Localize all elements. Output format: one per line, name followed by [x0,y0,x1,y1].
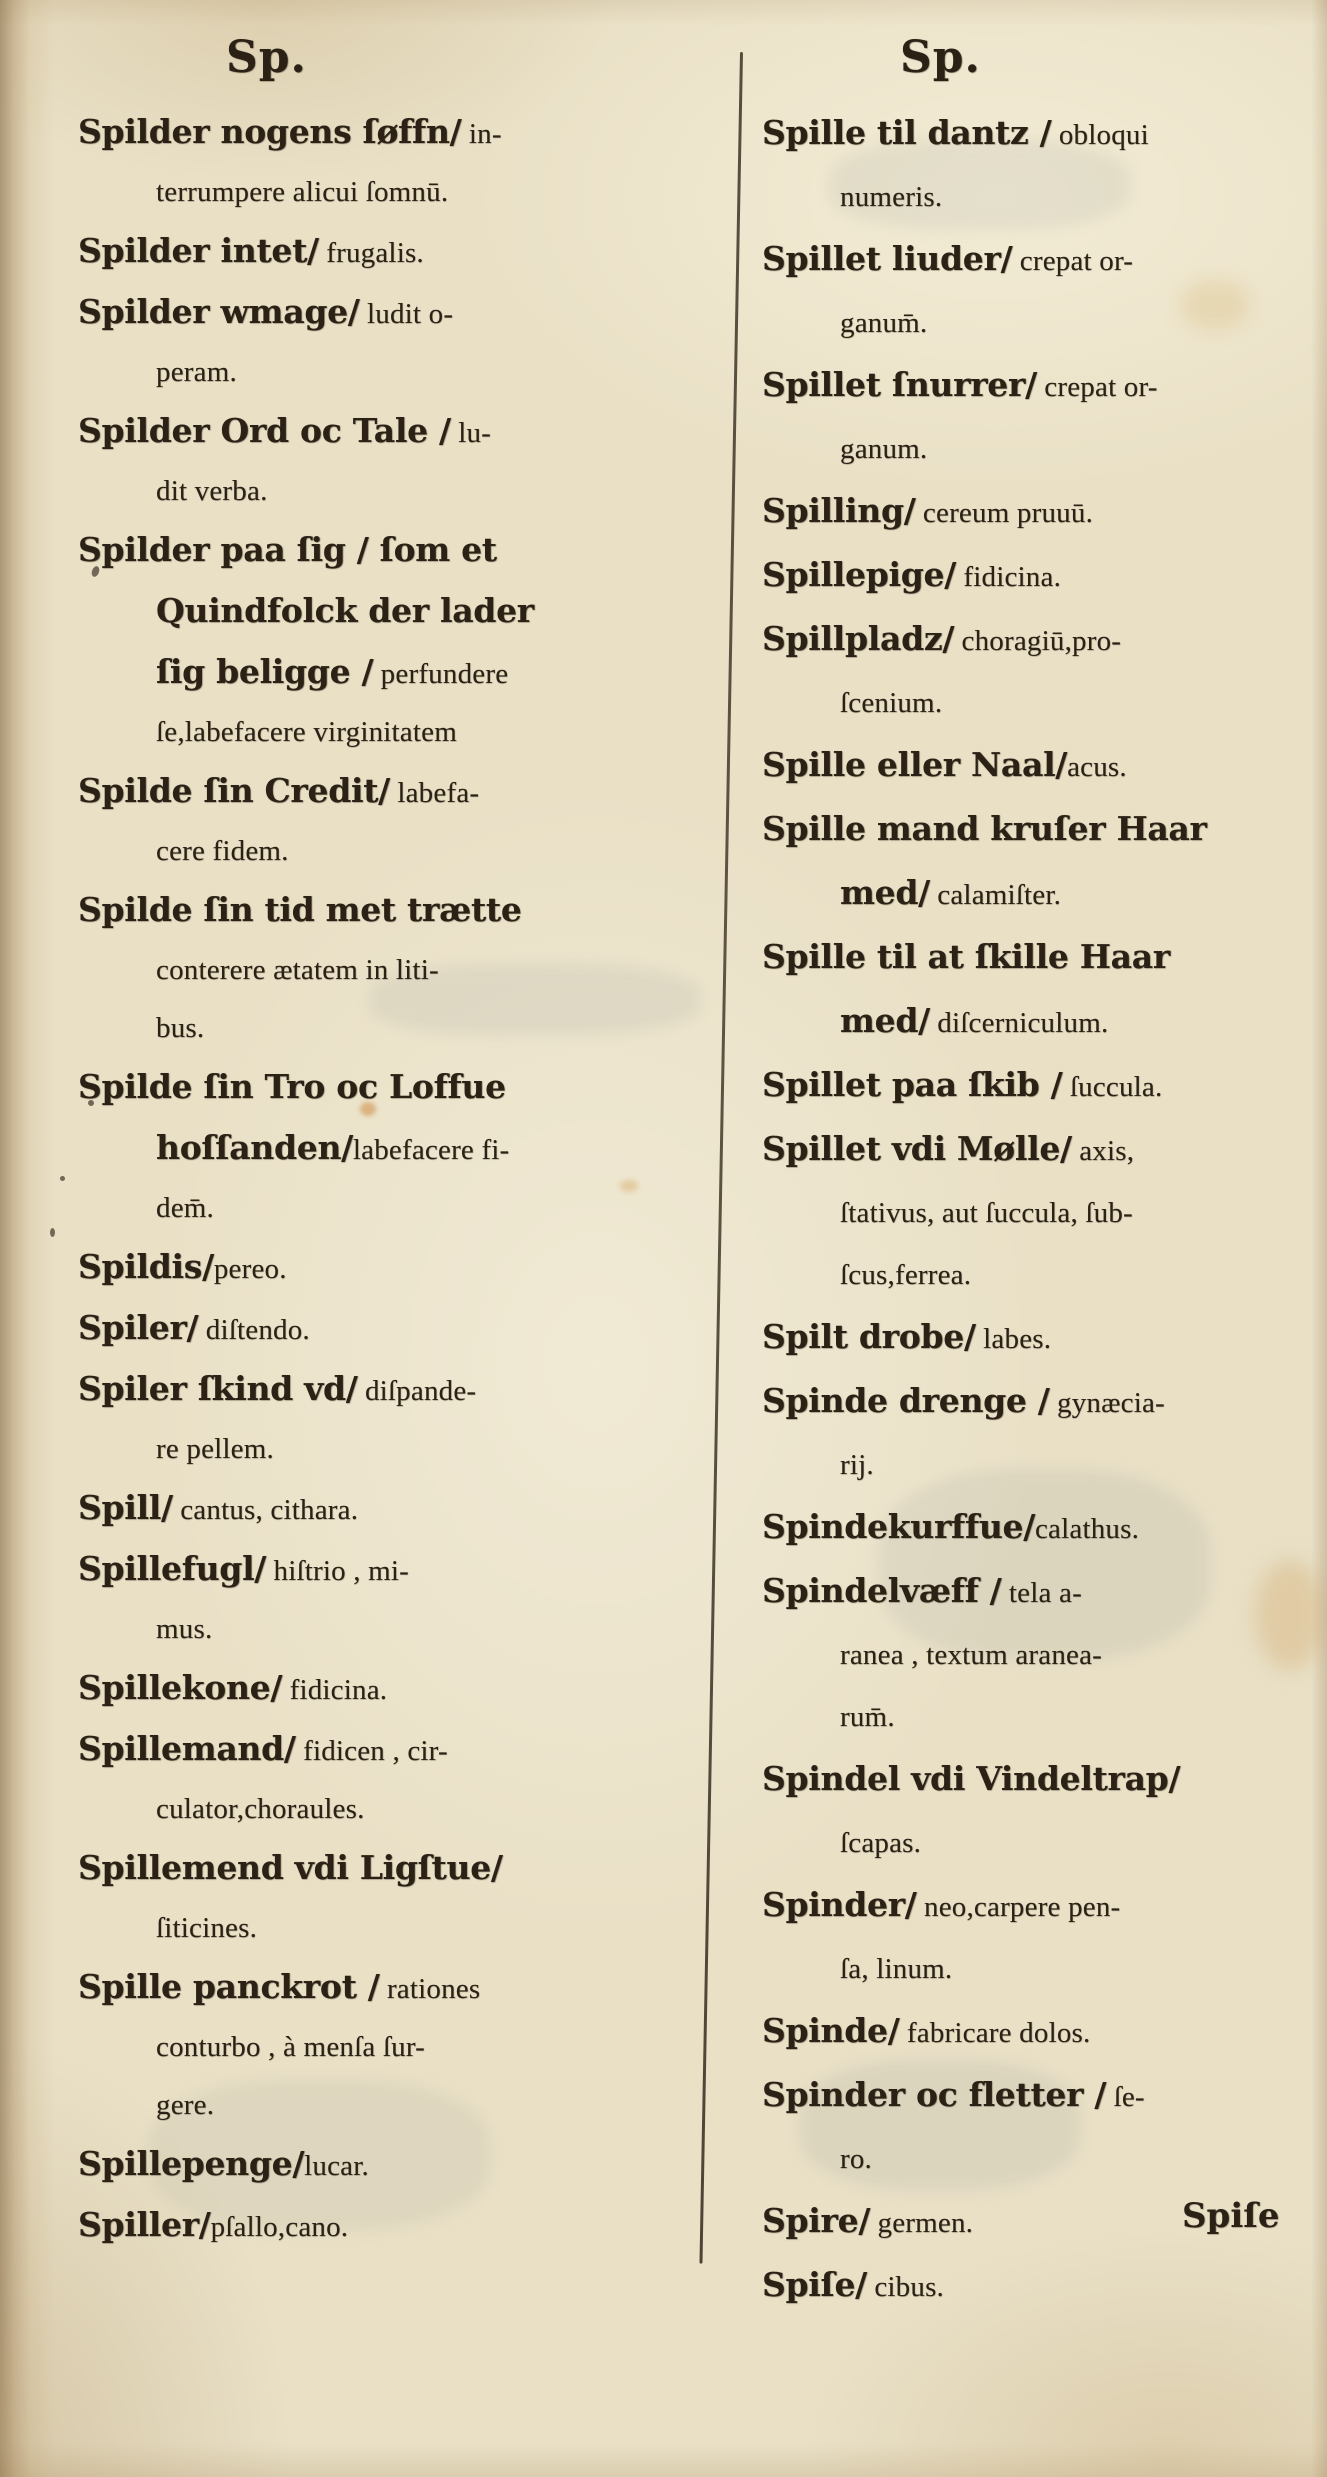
translation-roman: ſiticines. [156,1912,257,1944]
translation-roman: conturbo , à menſa ſur- [156,2031,425,2063]
right-column-entries: Spille til dantz / obloquinumeris.Spille… [762,104,1327,2320]
entry-line: Spille til dantz / obloqui [762,104,1327,168]
dictionary-entry: Spiler ſkind vd/ diſpande-re pellem. [78,1361,656,1480]
translation-roman: crepat or- [1012,245,1133,277]
headword-fraktur: Spiſe/ [762,2265,867,2304]
entry-line: Spill/ cantus, cithara. [78,1480,656,1541]
entry-line: ſtativus, aut ſuccula, ſub- [762,1184,1327,1246]
translation-roman: numeris. [840,181,942,213]
ink-speck [50,1228,55,1237]
translation-roman: labefa- [390,777,479,809]
dictionary-entry: Spillet paa ſkib / ſuccula. [762,1056,1327,1120]
entry-line: ganum̄. [762,294,1327,356]
translation-roman: ſe,labefacere virginitatem [156,716,457,748]
dictionary-entry: Spinder oc fletter / ſe-ro. [762,2066,1327,2192]
headword-fraktur: Spillemend vdi Ligſtue/ [78,1848,503,1887]
headword-fraktur: Spillepenge/ [78,2144,304,2183]
entry-line: ſcus,ferrea. [762,1246,1327,1308]
left-column-header: Sp. [226,30,656,86]
entry-line: ro. [762,2130,1327,2192]
dictionary-entry: Spill/ cantus, cithara. [78,1480,656,1541]
dictionary-entry: Spille mand kruſer Haarmed/ calamiſter. [762,800,1327,928]
headword-fraktur: Spilder intet/ [78,231,319,270]
entry-line: Spilt drobe/ labes. [762,1308,1327,1372]
headword-fraktur: Spinde drenge / [762,1381,1050,1420]
entry-line: ſe,labefacere virginitatem [78,705,656,763]
headword-fraktur: Spilde ſin tid met trætte [78,890,522,929]
headword-fraktur: Spillet liuder/ [762,239,1012,278]
headword-fraktur: Spilling/ [762,491,915,530]
entry-line: Quindfolck der lader [78,583,656,644]
headword-fraktur: hoſſanden/ [156,1128,353,1167]
translation-roman: lu- [451,417,491,449]
headword-fraktur: ſig beligge / [156,652,373,691]
translation-roman: axis, [1072,1135,1134,1167]
entry-line: Spilde ſin Credit/ labefa- [78,763,656,824]
entry-line: Spille til at ſkille Haar [762,928,1327,992]
dictionary-entry: Spille panckrot / rationesconturbo , à m… [78,1959,656,2136]
entry-line: Spillet vdi Mølle/ axis, [762,1120,1327,1184]
headword-fraktur: Spilder wmage/ [78,292,360,331]
entry-line: Spilde ſin tid met trætte [78,882,656,943]
headword-fraktur: Spillepige/ [762,555,956,594]
translation-roman: dit verba. [156,475,268,507]
entry-line: conterere ætatem in liti- [78,943,656,1001]
headword-fraktur: Spindelvæff / [762,1571,1001,1610]
entry-line: ſcapas. [762,1814,1327,1876]
headword-fraktur: Spilder paa ſig / ſom et [78,530,497,569]
headword-fraktur: Spire/ [762,2201,870,2240]
translation-roman: bus. [156,1012,204,1044]
headword-fraktur: Spiler ſkind vd/ [78,1369,358,1408]
dictionary-entry: Spilde ſin tid met trætteconterere ætate… [78,882,656,1059]
dictionary-entry: Spillemend vdi Ligſtue/ſiticines. [78,1840,656,1959]
headword-fraktur: Spillemand/ [78,1729,296,1768]
headword-fraktur: Spillekone/ [78,1668,282,1707]
dictionary-entry: Spiſe/ cibus. [762,2256,1327,2320]
entry-line: dem̄. [78,1181,656,1239]
translation-roman: lucar. [304,2150,369,2182]
translation-roman: ro. [840,2143,872,2175]
translation-roman: frugalis. [319,237,424,269]
entry-line: culator,choraules. [78,1782,656,1840]
translation-roman: labefacere fi- [353,1134,510,1166]
translation-roman: crepat or- [1037,371,1158,403]
dictionary-entry: Spillekone/ fidicina. [78,1660,656,1721]
ink-speck [60,1176,65,1181]
headword-fraktur: Spille til at ſkille Haar [762,937,1170,976]
translation-roman: in- [461,118,501,150]
headword-fraktur: Spillefugl/ [78,1549,266,1588]
translation-roman: labes. [976,1323,1052,1355]
entry-line: Spinde/ fabricare dolos. [762,2002,1327,2066]
entry-line: Spillemand/ fidicen , cir- [78,1721,656,1782]
headword-fraktur: Spille eller Naal/ [762,745,1067,784]
translation-roman: obloqui [1051,119,1148,151]
entry-line: Spillemend vdi Ligſtue/ [78,1840,656,1901]
dictionary-entry: Spille til at ſkille Haarmed/ diſcernicu… [762,928,1327,1056]
entry-line: dit verba. [78,464,656,522]
entry-line: bus. [78,1001,656,1059]
translation-roman: fidicina. [956,561,1061,593]
entry-line: Spille eller Naal/acus. [762,736,1327,800]
entry-line: cere fidem. [78,824,656,882]
dictionary-entry: Spindelvæff / tela a-ranea , textum aran… [762,1562,1327,1750]
entry-line: Spinder oc fletter / ſe- [762,2066,1327,2130]
entry-line: ſig beligge / perfundere [78,644,656,705]
headword-fraktur: Spilde ſin Credit/ [78,771,390,810]
entry-line: mus. [78,1602,656,1660]
translation-roman: pſallo,cano. [211,2211,349,2243]
headword-fraktur: Spillet paa ſkib / [762,1065,1062,1104]
dictionary-entry: Spilde ſin Tro oc Loffuehoſſanden/labefa… [78,1059,656,1239]
dictionary-entry: Spilder Ord oc Tale / lu-dit verba. [78,403,656,522]
dictionary-entry: Spinde drenge / gynæcia-rij. [762,1372,1327,1498]
entry-line: med/ diſcerniculum. [762,992,1327,1056]
dictionary-entry: Spillet vdi Mølle/ axis,ſtativus, aut ſu… [762,1120,1327,1308]
entry-line: Spilder Ord oc Tale / lu- [78,403,656,464]
entry-line: ranea , textum aranea- [762,1626,1327,1688]
translation-roman: calathus. [1035,1513,1139,1545]
translation-roman: rij. [840,1449,874,1481]
entry-line: Spilder nogens ſøffn/ in- [78,104,656,165]
headword-fraktur: Spinder oc fletter / [762,2075,1106,2114]
dictionary-entry: Spillemand/ fidicen , cir-culator,chorau… [78,1721,656,1840]
dictionary-entry: Spinde/ fabricare dolos. [762,2002,1327,2066]
translation-roman: ſuccula. [1062,1071,1162,1103]
headword-fraktur: Spindekurffue/ [762,1507,1035,1546]
translation-roman: ſcenium. [840,687,942,719]
entry-line: ſa, linum. [762,1940,1327,2002]
dictionary-entry: Spillefugl/ hiſtrio , mi-mus. [78,1541,656,1660]
headword-fraktur: Spiler/ [78,1308,198,1347]
headword-fraktur: Spill/ [78,1488,173,1527]
translation-roman: perfundere [373,658,508,690]
headword-fraktur: Quindfolck der lader [156,591,534,630]
entry-line: ſcenium. [762,674,1327,736]
dictionary-entry: Spildis/pereo. [78,1239,656,1300]
left-column-entries: Spilder nogens ſøffn/ in-terrumpere alic… [78,104,656,2258]
headword-fraktur: Spildis/ [78,1247,214,1286]
entry-line: gere. [78,2078,656,2136]
translation-roman: terrumpere alicui ſomnū. [156,176,448,208]
translation-roman: ranea , textum aranea- [840,1639,1102,1671]
translation-roman: dem̄. [156,1192,214,1224]
entry-line: Spillet paa ſkib / ſuccula. [762,1056,1327,1120]
entry-line: Spilder wmage/ ludit o- [78,284,656,345]
dictionary-entry: Spiler/ diſtendo. [78,1300,656,1361]
headword-fraktur: Spindel vdi Vindeltrap/ [762,1759,1180,1798]
entry-line: Spilde ſin Tro oc Loffue [78,1059,656,1120]
entry-line: Spille panckrot / rationes [78,1959,656,2020]
entry-line: terrumpere alicui ſomnū. [78,165,656,223]
left-column: Sp. Spilder nogens ſøffn/ in-terrumpere … [78,30,656,2258]
entry-line: Spiller/pſallo,cano. [78,2197,656,2258]
translation-roman: pereo. [214,1253,287,1285]
entry-line: Spindelvæff / tela a- [762,1562,1327,1626]
dictionary-entry: Spillepige/ fidicina. [762,546,1327,610]
dictionary-entry: Spindel vdi Vindeltrap/ſcapas. [762,1750,1327,1876]
entry-line: ſiticines. [78,1901,656,1959]
entry-line: Spinder/ neo,carpere pen- [762,1876,1327,1940]
entry-line: conturbo , à menſa ſur- [78,2020,656,2078]
dictionary-entry: Spilt drobe/ labes. [762,1308,1327,1372]
translation-roman: gynæcia- [1050,1387,1165,1419]
entry-line: Spiler/ diſtendo. [78,1300,656,1361]
entry-line: rij. [762,1436,1327,1498]
translation-roman: fabricare dolos. [899,2017,1090,2049]
translation-roman: re pellem. [156,1433,274,1465]
entry-line: peram. [78,345,656,403]
dictionary-entry: Spindekurffue/calathus. [762,1498,1327,1562]
headword-fraktur: Spiller/ [78,2205,211,2244]
entry-line: Spindekurffue/calathus. [762,1498,1327,1562]
translation-roman: ſtativus, aut ſuccula, ſub- [840,1197,1133,1229]
translation-roman: ganum. [840,433,927,465]
right-column: Sp. Spille til dantz / obloquinumeris.Sp… [762,30,1327,2320]
entry-line: Spillepenge/lucar. [78,2136,656,2197]
entry-line: re pellem. [78,1422,656,1480]
dictionary-entry: Spilder paa ſig / ſom etQuindfolck der l… [78,522,656,763]
entry-line: Spillet ſnurrer/ crepat or- [762,356,1327,420]
translation-roman: conterere ætatem in liti- [156,954,439,986]
dictionary-entry: Spille eller Naal/acus. [762,736,1327,800]
translation-roman: ſcapas. [840,1827,921,1859]
entry-line: Spiler ſkind vd/ diſpande- [78,1361,656,1422]
translation-roman: tela a- [1001,1577,1082,1609]
headword-fraktur: Spillet vdi Mølle/ [762,1129,1072,1168]
translation-roman: mus. [156,1613,212,1645]
entry-line: Spillefugl/ hiſtrio , mi- [78,1541,656,1602]
translation-roman: diſpande- [358,1375,477,1407]
entry-line: Spillpladz/ choragiū,pro- [762,610,1327,674]
dictionary-entry: Spillepenge/lucar. [78,2136,656,2197]
dictionary-entry: Spille til dantz / obloquinumeris. [762,104,1327,230]
translation-roman: fidicina. [282,1674,387,1706]
translation-roman: diſcerniculum. [930,1007,1109,1039]
entry-line: hoſſanden/labefacere fi- [78,1120,656,1181]
entry-line: Spillet liuder/ crepat or- [762,230,1327,294]
dictionary-entry: Spillet liuder/ crepat or-ganum̄. [762,230,1327,356]
translation-roman: cibus. [867,2271,944,2303]
entry-line: Spillepige/ fidicina. [762,546,1327,610]
headword-fraktur: Spilder nogens ſøffn/ [78,112,461,151]
translation-roman: ſa, linum. [840,1953,952,1985]
translation-roman: neo,carpere pen- [917,1891,1121,1923]
book-page-scan: Sp. Spilder nogens ſøffn/ in-terrumpere … [0,0,1327,2477]
entry-line: med/ calamiſter. [762,864,1327,928]
dictionary-entry: Spiller/pſallo,cano. [78,2197,656,2258]
dictionary-entry: Spinder/ neo,carpere pen-ſa, linum. [762,1876,1327,2002]
headword-fraktur: Spilde ſin Tro oc Loffue [78,1067,506,1106]
translation-roman: calamiſter. [930,879,1061,911]
entry-line: Spiſe/ cibus. [762,2256,1327,2320]
translation-roman: diſtendo. [198,1314,310,1346]
dictionary-entry: Spilling/ cereum pruuū. [762,482,1327,546]
dictionary-entry: Spilder wmage/ ludit o-peram. [78,284,656,403]
translation-roman: cereum pruuū. [915,497,1093,529]
headword-fraktur: Spilt drobe/ [762,1317,976,1356]
translation-roman: rum̄. [840,1701,895,1733]
headword-fraktur: Spille panckrot / [78,1967,380,2006]
entry-line: Spilder intet/ frugalis. [78,223,656,284]
column-divider-rule [699,52,743,2264]
translation-roman: rationes [380,1973,481,2005]
entry-line: rum̄. [762,1688,1327,1750]
headword-fraktur: Spillet ſnurrer/ [762,365,1037,404]
translation-roman: cantus, cithara. [173,1494,358,1526]
entry-line: numeris. [762,168,1327,230]
dictionary-entry: Spilder nogens ſøffn/ in-terrumpere alic… [78,104,656,223]
translation-roman: gere. [156,2089,214,2121]
translation-roman: ganum̄. [840,307,927,339]
headword-fraktur: Spinde/ [762,2011,899,2050]
entry-line: Spille mand kruſer Haar [762,800,1327,864]
right-column-header: Sp. [900,30,1327,86]
entry-line: Spilling/ cereum pruuū. [762,482,1327,546]
translation-roman: ſcus,ferrea. [840,1259,971,1291]
headword-fraktur: Spilder Ord oc Tale / [78,411,451,450]
translation-roman: ſe- [1106,2081,1145,2113]
catchword: Spiſe [1182,2196,1280,2236]
headword-fraktur: Spillpladz/ [762,619,954,658]
translation-roman: acus. [1067,751,1127,783]
headword-fraktur: med/ [840,1001,930,1040]
headword-fraktur: Spille mand kruſer Haar [762,809,1207,848]
headword-fraktur: med/ [840,873,930,912]
translation-roman: fidicen , cir- [296,1735,448,1767]
entry-line: Spindel vdi Vindeltrap/ [762,1750,1327,1814]
entry-line: Spildis/pereo. [78,1239,656,1300]
translation-roman: ludit o- [360,298,454,330]
translation-roman: culator,choraules. [156,1793,365,1825]
dictionary-entry: Spilde ſin Credit/ labefa-cere fidem. [78,763,656,882]
headword-fraktur: Spinder/ [762,1885,917,1924]
dictionary-entry: Spillpladz/ choragiū,pro-ſcenium. [762,610,1327,736]
entry-line: Spillekone/ fidicina. [78,1660,656,1721]
translation-roman: choragiū,pro- [954,625,1121,657]
translation-roman: germen. [870,2207,973,2239]
dictionary-entry: Spillet ſnurrer/ crepat or-ganum. [762,356,1327,482]
dictionary-entry: Spilder intet/ frugalis. [78,223,656,284]
translation-roman: peram. [156,356,237,388]
translation-roman: hiſtrio , mi- [266,1555,409,1587]
entry-line: Spinde drenge / gynæcia- [762,1372,1327,1436]
entry-line: Spilder paa ſig / ſom et [78,522,656,583]
headword-fraktur: Spille til dantz / [762,113,1051,152]
entry-line: ganum. [762,420,1327,482]
translation-roman: cere fidem. [156,835,289,867]
